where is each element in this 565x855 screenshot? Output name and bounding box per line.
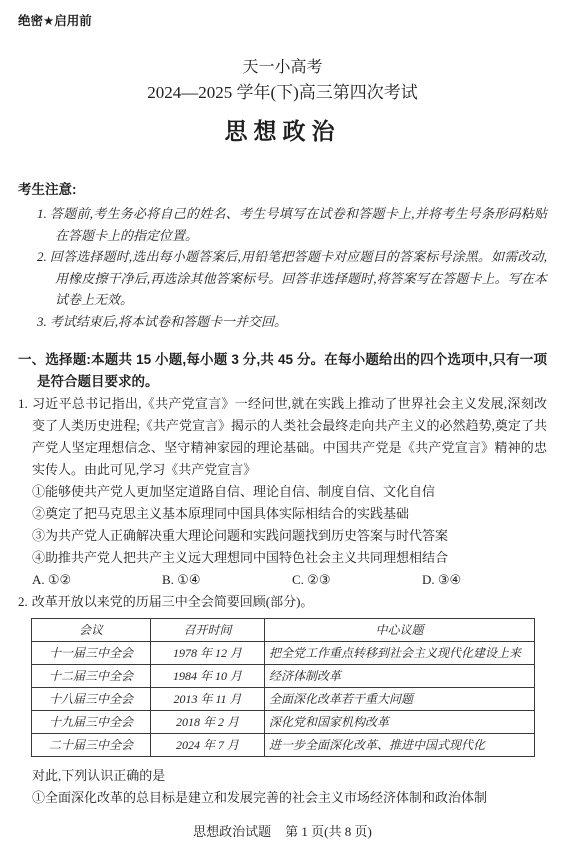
- table-row: 十八届三中全会 2013 年 11 月 全面深化改革若干重大问题: [32, 688, 535, 711]
- table-cell-time: 1984 年 10 月: [151, 665, 265, 688]
- table-cell-meeting: 十九届三中全会: [32, 711, 151, 734]
- statement-item: ④助推共产党人把共产主义远大理想同中国特色社会主义共同理想相结合: [18, 547, 547, 569]
- table-cell-time: 1978 年 12 月: [151, 642, 265, 665]
- question-intro: 2.改革开放以来党的历届三中全会简要回顾(部分)。: [18, 591, 547, 613]
- option-a: A. ①②: [32, 569, 162, 591]
- option-c: C. ②③: [292, 569, 422, 591]
- statement-item: ②奠定了把马克思主义基本原理同中国具体实际相结合的实践基础: [18, 503, 547, 525]
- table-header-row: 会议 召开时间 中心议题: [32, 619, 535, 642]
- option-b: B. ①④: [162, 569, 292, 591]
- table-cell-topic: 把全党工作重点转移到社会主义现代化建设上来: [265, 642, 535, 665]
- question-number: 2.: [18, 594, 28, 609]
- table-row: 二十届三中全会 2024 年 7 月 进一步全面深化改革、推进中国式现代化: [32, 734, 535, 757]
- notice-item: 3.考试结束后,将本试卷和答题卡一并交回。: [37, 311, 547, 333]
- statement-item: ①能够使共产党人更加坚定道路自信、理论自信、制度自信、文化自信: [18, 481, 547, 503]
- notice-list: 1.答题前,考生务必将自己的姓名、考生号填写在试卷和答题卡上,并将考生号条形码粘…: [37, 203, 547, 332]
- notice-item-number: 1.: [37, 206, 47, 221]
- notice-item-text: 答题前,考生务必将自己的姓名、考生号填写在试卷和答题卡上,并将考生号条形码粘贴在…: [50, 206, 547, 243]
- table-row: 十九届三中全会 2018 年 2 月 深化党和国家机构改革: [32, 711, 535, 734]
- table-cell-time: 2024 年 7 月: [151, 734, 265, 757]
- question-intro-text: 改革开放以来党的历届三中全会简要回顾(部分)。: [32, 594, 314, 609]
- table-cell-time: 2013 年 11 月: [151, 688, 265, 711]
- exam-series-title: 天一小高考: [18, 58, 547, 78]
- question-number: 1.: [18, 396, 28, 411]
- followup-text: 对此,下列认识正确的是: [18, 765, 547, 787]
- statement-item: ③为共产党人正确解决重大理论问题和实践问题找到历史答案与时代答案: [18, 525, 547, 547]
- footer-doc-title: 思想政治试题: [193, 824, 271, 839]
- table-cell-topic: 进一步全面深化改革、推进中国式现代化: [265, 734, 535, 757]
- table-header-time: 召开时间: [151, 619, 265, 642]
- table-row: 十一届三中全会 1978 年 12 月 把全党工作重点转移到社会主义现代化建设上…: [32, 642, 535, 665]
- table-cell-meeting: 十二届三中全会: [32, 665, 151, 688]
- question-stem-text: 习近平总书记指出,《共产党宣言》一经问世,就在实践上推动了世界社会主义发展,深刻…: [32, 396, 547, 477]
- section-heading: 一、选择题:本题共 15 小题,每小题 3 分,共 45 分。在每小题给出的四个…: [18, 349, 547, 393]
- table-cell-meeting: 十一届三中全会: [32, 642, 151, 665]
- title-block: 天一小高考 2024—2025 学年(下)高三第四次考试 思想政治: [18, 58, 547, 145]
- notice-item-number: 3.: [37, 314, 47, 329]
- meetings-table: 会议 召开时间 中心议题 十一届三中全会 1978 年 12 月 把全党工作重点…: [31, 618, 535, 757]
- notice-item-number: 2.: [37, 249, 47, 264]
- table-cell-topic: 经济体制改革: [265, 665, 535, 688]
- exam-session-title: 2024—2025 学年(下)高三第四次考试: [18, 81, 547, 105]
- table-row: 十二届三中全会 1984 年 10 月 经济体制改革: [32, 665, 535, 688]
- page-footer: 思想政治试题第 1 页(共 8 页): [0, 824, 565, 840]
- classification-label: 绝密★启用前: [18, 14, 547, 29]
- question-stem: 1.习近平总书记指出,《共产党宣言》一经问世,就在实践上推动了世界社会主义发展,…: [18, 393, 547, 481]
- question-1: 1.习近平总书记指出,《共产党宣言》一经问世,就在实践上推动了世界社会主义发展,…: [18, 393, 547, 591]
- table-cell-topic: 全面深化改革若干重大问题: [265, 688, 535, 711]
- table-header-topic: 中心议题: [265, 619, 535, 642]
- notice-item-text: 考试结束后,将本试卷和答题卡一并交回。: [50, 314, 287, 329]
- statement-item: ①全面深化改革的总目标是建立和发展完善的社会主义市场经济体制和政治体制: [18, 787, 547, 809]
- question-2: 2.改革开放以来党的历届三中全会简要回顾(部分)。 会议 召开时间 中心议题 十…: [18, 591, 547, 809]
- options-row: A. ①② B. ①④ C. ②③ D. ③④: [18, 569, 547, 591]
- notice-item: 2.回答选择题时,选出每小题答案后,用铅笔把答题卡对应题目的答案标号涂黑。如需改…: [37, 246, 547, 311]
- notice-item: 1.答题前,考生务必将自己的姓名、考生号填写在试卷和答题卡上,并将考生号条形码粘…: [37, 203, 547, 246]
- option-d: D. ③④: [422, 569, 552, 591]
- table-cell-time: 2018 年 2 月: [151, 711, 265, 734]
- subject-title: 思想政治: [18, 118, 547, 145]
- notice-item-text: 回答选择题时,选出每小题答案后,用铅笔把答题卡对应题目的答案标号涂黑。如需改动,…: [50, 249, 547, 307]
- table-cell-meeting: 十八届三中全会: [32, 688, 151, 711]
- footer-page-number: 第 1 页(共 8 页): [285, 824, 372, 839]
- table-cell-topic: 深化党和国家机构改革: [265, 711, 535, 734]
- notice-heading: 考生注意:: [18, 181, 547, 198]
- table-cell-meeting: 二十届三中全会: [32, 734, 151, 757]
- exam-page: 绝密★启用前 天一小高考 2024—2025 学年(下)高三第四次考试 思想政治…: [0, 0, 565, 855]
- table-header-meeting: 会议: [32, 619, 151, 642]
